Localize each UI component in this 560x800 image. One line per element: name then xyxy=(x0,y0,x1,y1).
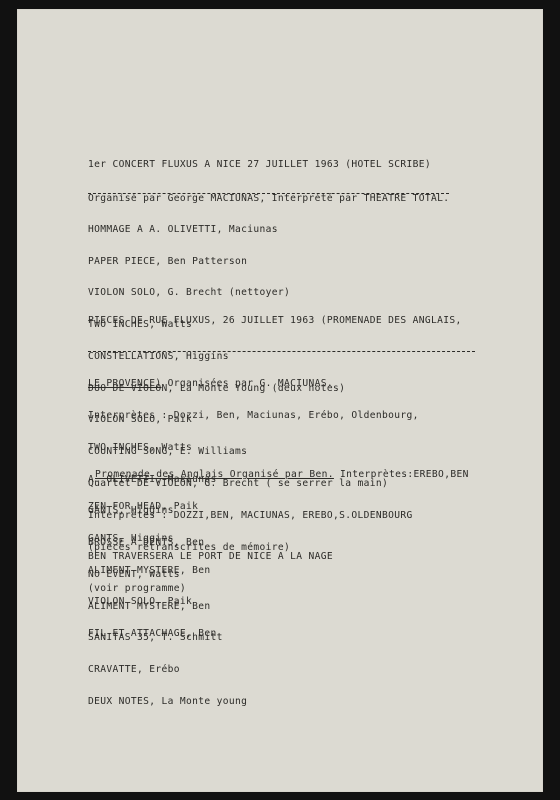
program-item: FIL ET ATTACHAGE, Ben xyxy=(88,629,469,640)
section-title: PIECES DE RUE FLUXUS, 26 JUILLET 1963 (P… xyxy=(88,316,475,327)
section-swim: BEN TRAVERSERA LE PORT DE NICE A LA NAGE… xyxy=(88,531,333,605)
program-item: PAPER PIECE, Ben Patterson xyxy=(88,257,449,268)
organizer-line: Organisé par George MACIUNAS, Interprété… xyxy=(88,193,449,204)
section-subtitle: LE PROVENCE) Organisées par G. MACIUNAS. xyxy=(88,379,475,390)
performers-line: Interprètes : Dozzi, Ben, Maciunas, Eréb… xyxy=(88,411,475,422)
section-title: Promenade des Anglais Organisé par Ben. … xyxy=(88,470,469,481)
performers-text: Interprètes:EREBO,BEN xyxy=(334,469,469,480)
program-item: CRAVATTE, Erébo xyxy=(88,665,475,676)
title-underlined: Promenade des Anglais Organisé par Ben. xyxy=(95,469,334,480)
note-line: (voir programme) xyxy=(88,584,333,595)
program-item: HOMMAGE A A. OLIVETTI, Maciunas xyxy=(88,225,449,236)
program-item: ZEN FOR HEAD, Paik xyxy=(88,502,469,513)
organizer-text: Organisées par G. MACIUNAS. xyxy=(162,378,334,389)
dashed-underline xyxy=(88,348,475,352)
section-title: 1er CONCERT FLUXUS A NICE 27 JUILLET 196… xyxy=(88,160,449,171)
program-item: DEUX NOTES, La Monte young xyxy=(88,697,475,708)
location-underlined: LE PROVENCE) xyxy=(88,378,162,389)
announcement-line: BEN TRAVERSERA LE PORT DE NICE A LA NAGE xyxy=(88,552,333,563)
